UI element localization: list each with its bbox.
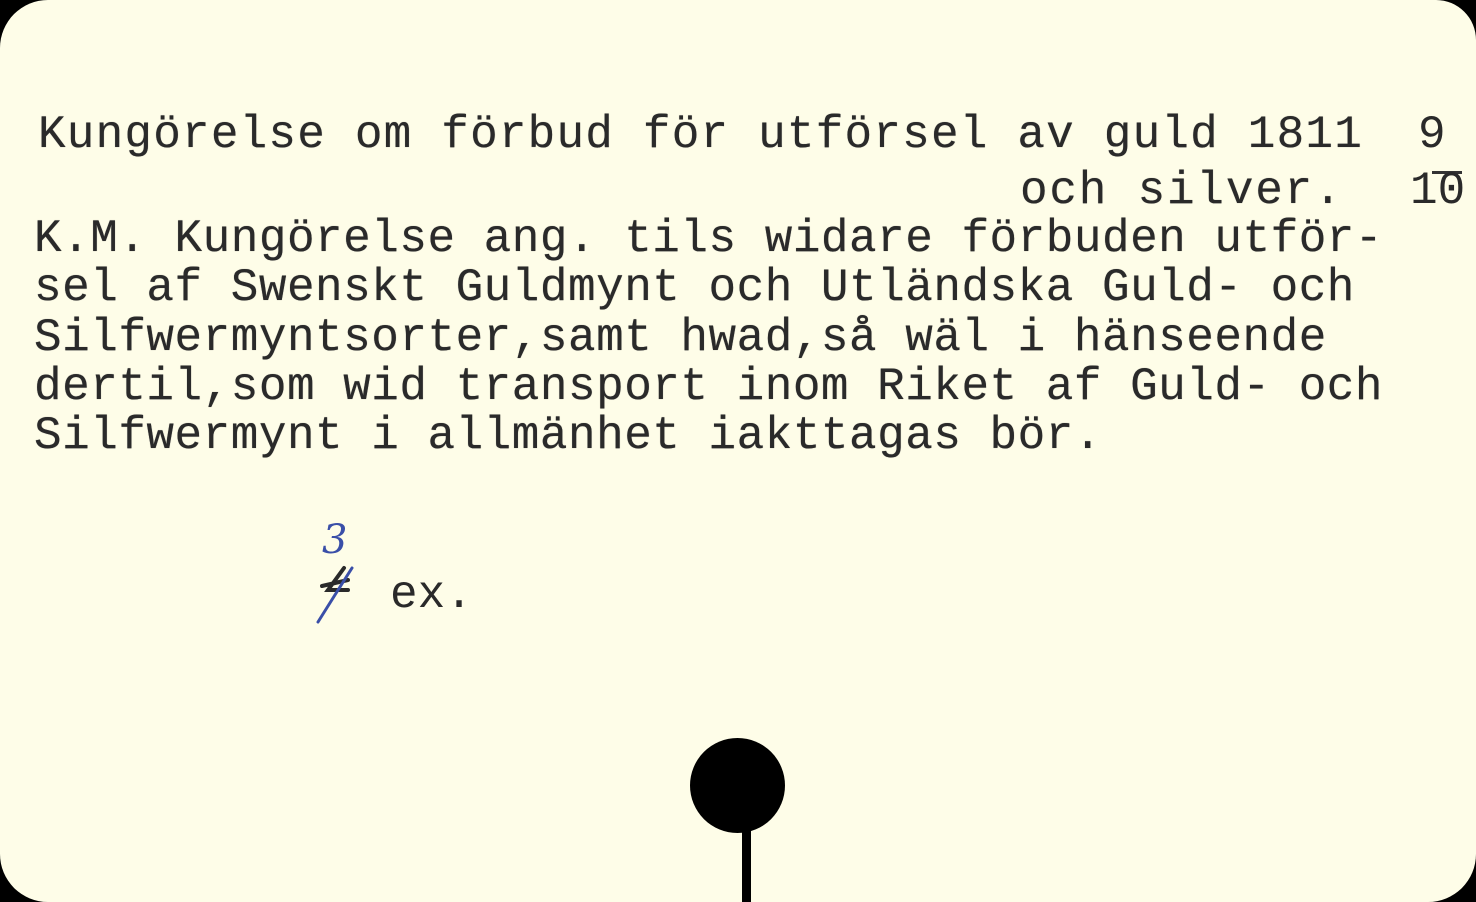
handwritten-strikethrough-icon xyxy=(310,540,370,630)
date-fraction: 9 10 xyxy=(1418,112,1446,158)
punch-hole xyxy=(690,738,785,833)
date-month: 10 xyxy=(1410,168,1465,214)
copies-count: 3 ex. xyxy=(310,520,510,630)
card-title-line-2: och silver. xyxy=(1020,168,1343,214)
body-line-5: Silfwermynt i allmänhet iakttagas bör. xyxy=(34,413,1102,459)
body-line-2: sel af Swenskt Guldmynt och Utländska Gu… xyxy=(34,265,1355,311)
date-day: 9 xyxy=(1418,112,1446,158)
body-line-1: K.M. Kungörelse ang. tils widare förbude… xyxy=(34,216,1383,262)
body-line-3: Silfwermyntsorter,samt hwad,så wäl i hän… xyxy=(34,315,1327,361)
card-title-line-1: Kungörelse om förbud för utförsel av gul… xyxy=(38,112,1363,158)
copies-label: ex. xyxy=(390,572,473,618)
card-rod xyxy=(742,820,751,902)
body-line-4: dertil,som wid transport inom Riket af G… xyxy=(34,364,1383,410)
catalog-card: Kungörelse om förbud för utförsel av gul… xyxy=(0,0,1476,902)
